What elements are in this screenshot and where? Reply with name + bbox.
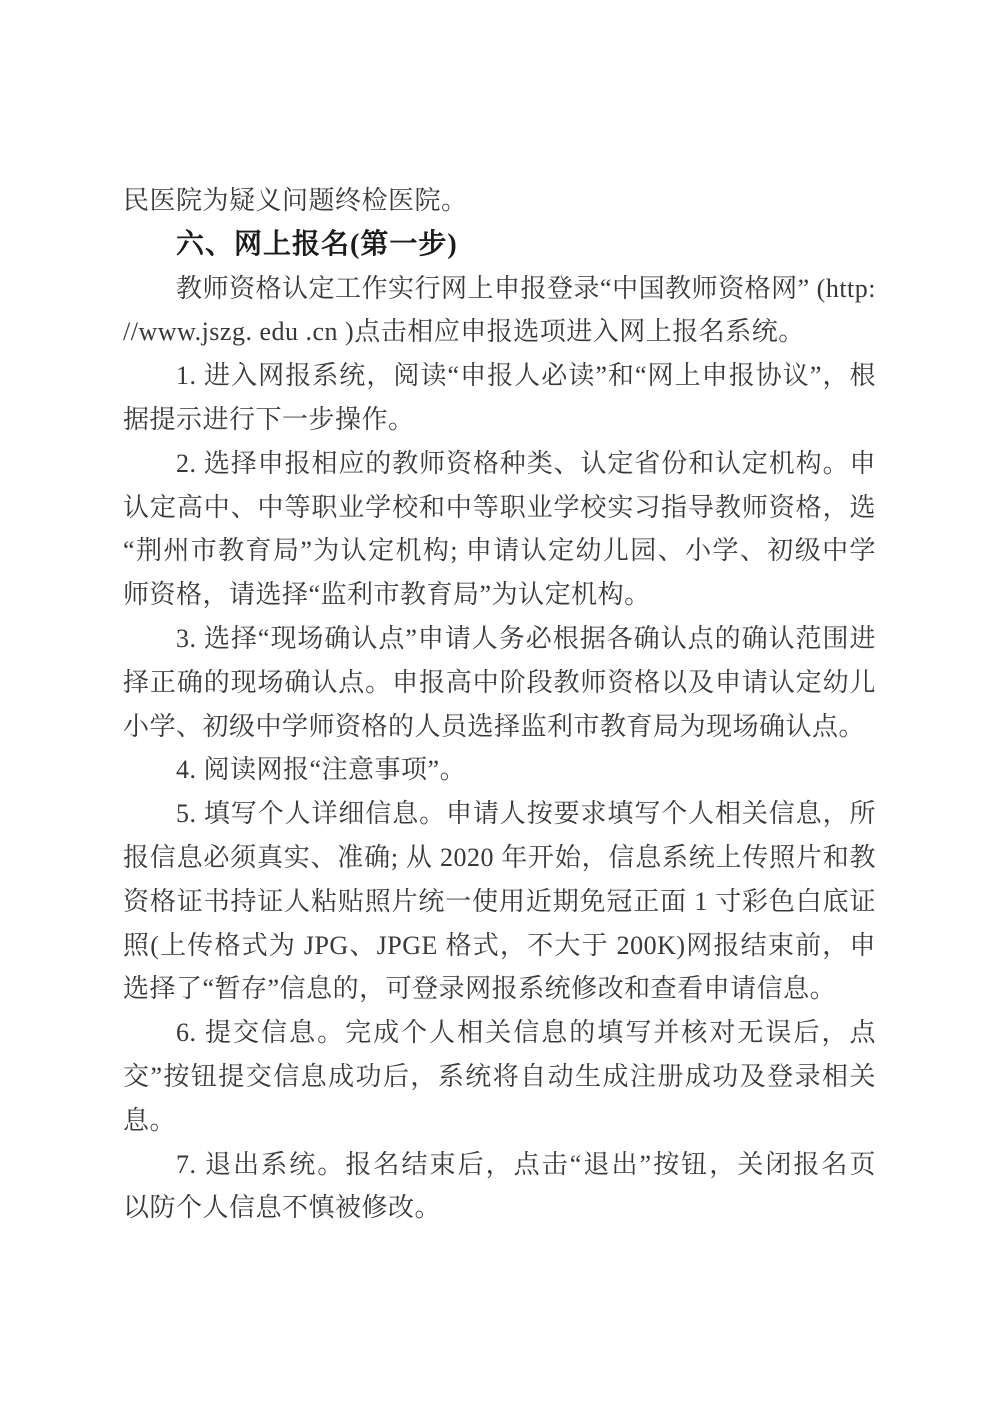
text-line: 6. 提交信息。完成个人相关信息的填写并核对无误后，点击“提 bbox=[123, 1011, 876, 1055]
text-line: 认定高中、中等职业学校和中等职业学校实习指导教师资格，选择 bbox=[123, 486, 876, 530]
text-line: “荆州市教育局”为认定机构; 申请认定幼儿园、小学、初级中学教 bbox=[123, 529, 876, 573]
text-line: 5. 填写个人详细信息。申请人按要求填写个人相关信息，所填 bbox=[123, 792, 876, 836]
text-line: 以防个人信息不慎被修改。 bbox=[123, 1186, 876, 1230]
text-line: 7. 退出系统。报名结束后，点击“退出”按钮，关闭报名页面， bbox=[123, 1143, 876, 1187]
text-line: 择正确的现场确认点。申报高中阶段教师资格以及申请认定幼儿园、 bbox=[123, 661, 876, 705]
text-line: 报信息必须真实、准确; 从 2020 年开始，信息系统上传照片和教师 bbox=[123, 836, 876, 880]
text-line: 息。 bbox=[123, 1099, 876, 1143]
text-line: 小学、初级中学师资格的人员选择监利市教育局为现场确认点。 bbox=[123, 705, 876, 749]
text-line: 教师资格认定工作实行网上申报登录“中国教师资格网” (http: bbox=[123, 267, 876, 311]
text-line: 资格证书持证人粘贴照片统一使用近期免冠正面 1 寸彩色白底证件 bbox=[123, 880, 876, 924]
text-line: 照(上传格式为 JPG、JPGE 格式，不大于 200K)网报结束前，申请人 bbox=[123, 924, 876, 968]
text-line: 3. 选择“现场确认点”申请人务必根据各确认点的确认范围进 bbox=[123, 617, 876, 661]
document-page: 民医院为疑义问题终检医院。六、网上报名(第一步)教师资格认定工作实行网上申报登录… bbox=[0, 0, 1000, 1414]
text-line: 交”按钮提交信息成功后，系统将自动生成注册成功及登录相关信 bbox=[123, 1055, 876, 1099]
text-line: 1. 进入网报系统，阅读“申报人必读”和“网上申报协议”，根 bbox=[123, 354, 876, 398]
text-line: 选择了“暂存”信息的，可登录网报系统修改和查看申请信息。 bbox=[123, 967, 876, 1011]
text-line: 4. 阅读网报“注意事项”。 bbox=[123, 748, 876, 792]
document-content: 民医院为疑义问题终检医院。六、网上报名(第一步)教师资格认定工作实行网上申报登录… bbox=[123, 179, 876, 1230]
text-line: 民医院为疑义问题终检医院。 bbox=[123, 179, 876, 223]
text-line: 师资格，请选择“监利市教育局”为认定机构。 bbox=[123, 573, 876, 617]
text-line: //www.jszg. edu .cn )点击相应申报选项进入网上报名系统。 bbox=[123, 310, 876, 354]
text-line: 2. 选择申报相应的教师资格种类、认定省份和认定机构。申请 bbox=[123, 442, 876, 486]
text-line: 据提示进行下一步操作。 bbox=[123, 398, 876, 442]
section-heading: 六、网上报名(第一步) bbox=[123, 223, 876, 267]
